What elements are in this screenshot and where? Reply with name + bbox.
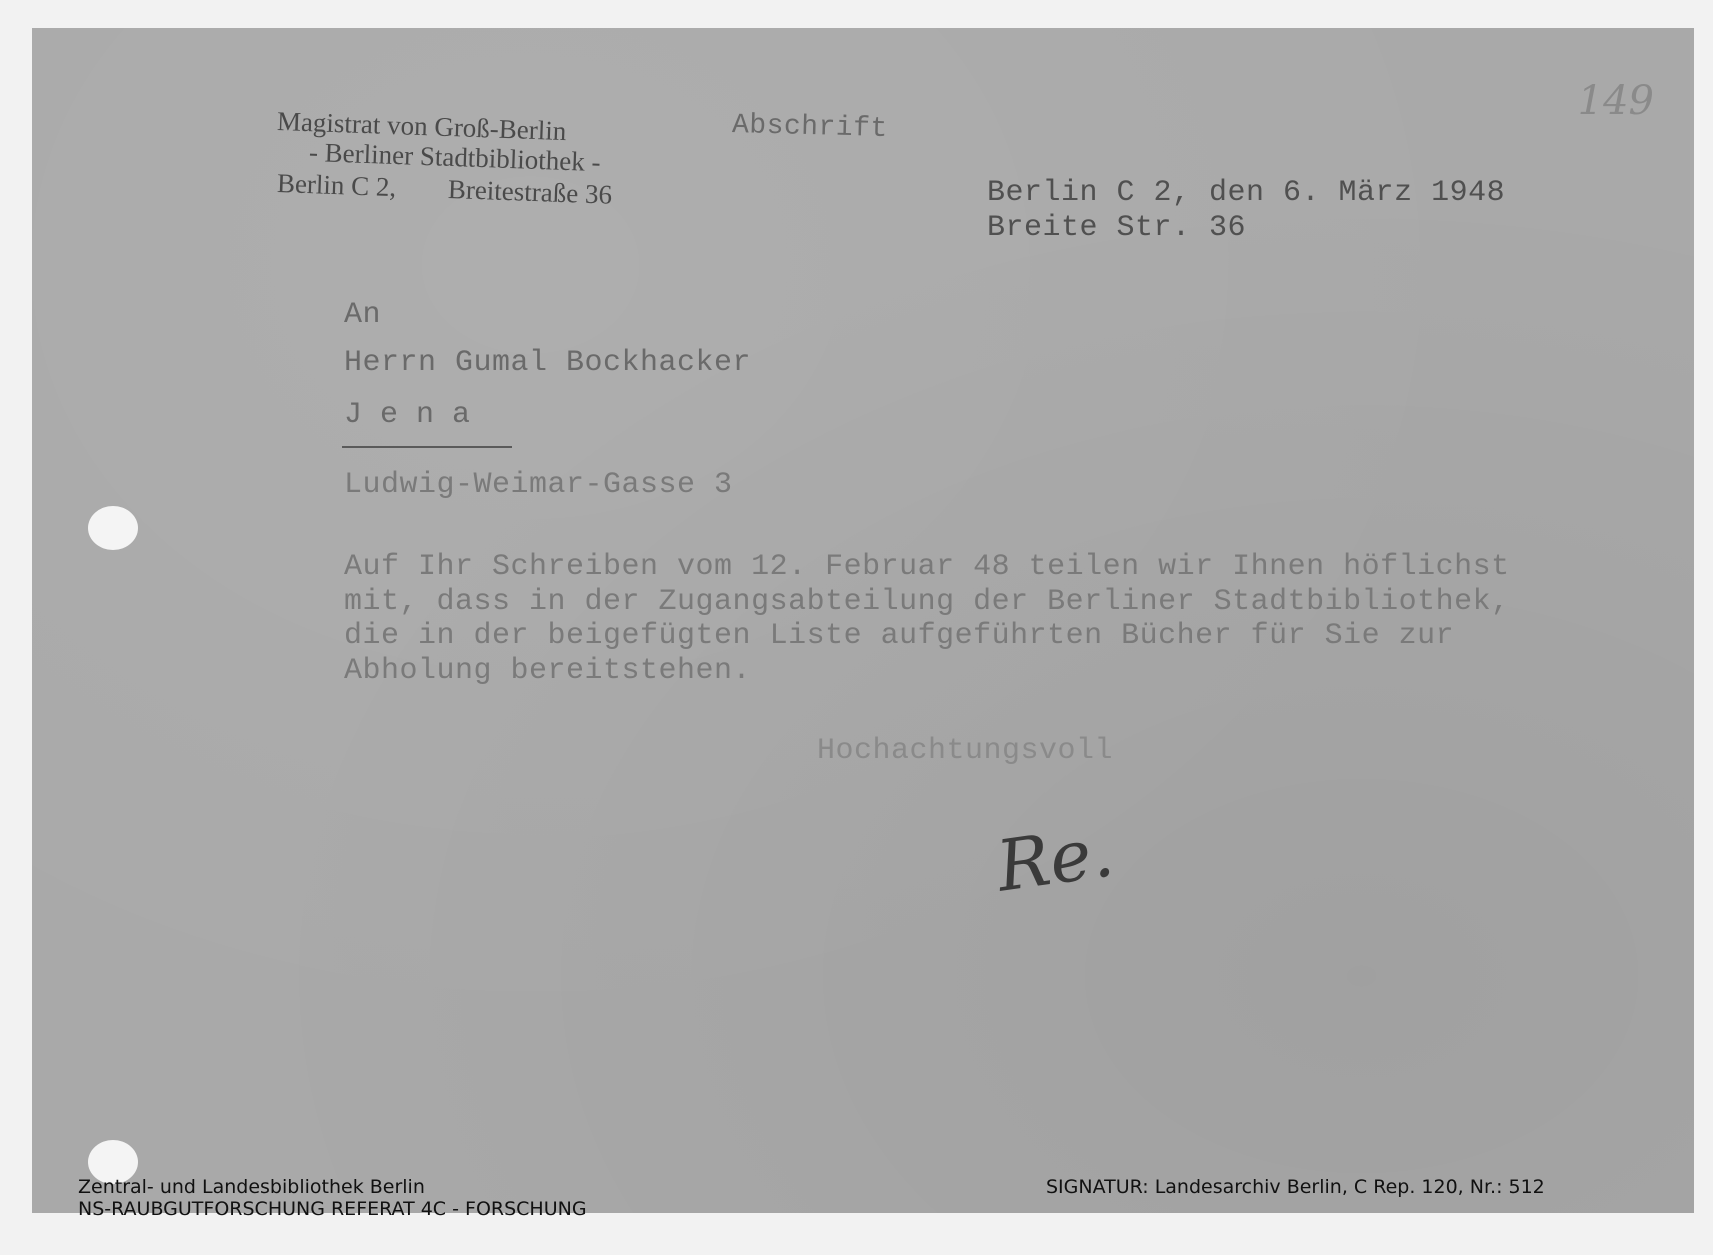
punch-hole-icon (88, 506, 138, 550)
recipient-name: Herrn Gumal Bockhacker (344, 346, 751, 381)
signature: Re. (992, 810, 1119, 907)
date-line: Berlin C 2, den 6. März 1948 (987, 176, 1505, 211)
footer-institution: Zentral- und Landesbibliothek Berlin NS-… (78, 1176, 587, 1220)
footer-signature-ref: SIGNATUR: Landesarchiv Berlin, C Rep. 12… (1046, 1176, 1545, 1198)
city-underline (342, 446, 512, 448)
letterhead-stamp: Magistrat von Groß-Berlin - Berliner Sta… (277, 106, 612, 199)
copy-stamp: Abschrift (732, 110, 889, 146)
letterhead-street: Breitestraße 36 (447, 174, 612, 210)
recipient-salutation: An (344, 298, 381, 333)
letterhead-city: Berlin C 2, (276, 168, 396, 202)
footer-department: NS-RAUBGUTFORSCHUNG REFERAT 4C - FORSCHU… (78, 1198, 587, 1220)
archive-signature: SIGNATUR: Landesarchiv Berlin, C Rep. 12… (1046, 1176, 1545, 1198)
recipient-street: Ludwig-Weimar-Gasse 3 (344, 468, 733, 503)
body-line: Abholung bereitstehen. (344, 654, 1664, 689)
closing: Hochachtungsvoll (817, 734, 1113, 769)
recipient-city: Jena (344, 398, 488, 433)
sender-street-line: Breite Str. 36 (987, 211, 1505, 246)
body-line: die in der beigefügten Liste aufgeführte… (344, 619, 1664, 654)
page-number: 149 (1578, 78, 1654, 124)
letter-body: Auf Ihr Schreiben vom 12. Februar 48 tei… (344, 550, 1664, 688)
body-line: mit, dass in der Zugangsabteilung der Be… (344, 585, 1664, 620)
date-block: Berlin C 2, den 6. März 1948 Breite Str.… (987, 176, 1505, 245)
footer-institution-name: Zentral- und Landesbibliothek Berlin (78, 1176, 587, 1198)
document-page: 149 Magistrat von Groß-Berlin - Berliner… (32, 28, 1694, 1213)
body-line: Auf Ihr Schreiben vom 12. Februar 48 tei… (344, 550, 1664, 585)
